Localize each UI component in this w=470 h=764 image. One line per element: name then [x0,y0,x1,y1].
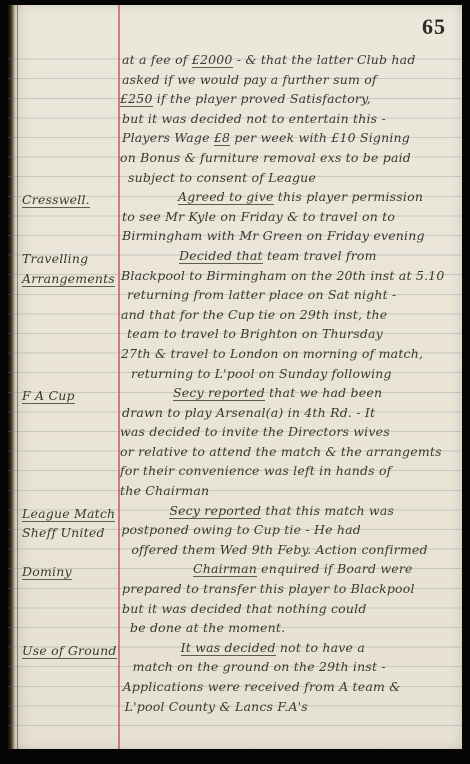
entry-body: Agreed to give this player permissionto … [118,187,462,246]
text-segment: if the player proved Satisfactory, [153,91,371,106]
minute-entry: DominyChairman enquired if Board werepre… [8,559,462,637]
underlined-text: Decided that [179,248,263,264]
margin-label: Arrangements [22,269,115,289]
handwriting-line: and that for the Cup tie on 29th inst, t… [119,305,460,325]
margin-label-text: Cresswell. [22,192,90,208]
text-segment: team to travel to Brighton on Thursday [127,326,383,341]
text-segment: Birmingham with Mr Green on Friday eveni… [122,228,425,243]
handwriting-line: subject to consent of League [118,168,460,188]
underlined-text: It was decided [181,640,276,656]
text-segment: Players Wage [122,130,214,145]
margin-label: Sheff United [22,523,115,543]
margin-label-column: Use of Ground [8,638,121,716]
underlined-text: Agreed to give [178,189,274,205]
text-segment: postponed owing to Cup tie - He had [121,522,361,537]
margin-label: F A Cup [22,386,114,406]
text-segment: the Chairman [120,483,209,498]
underlined-text: Secy reported [173,385,265,401]
handwriting-line: Chairman enquired if Board were [118,559,460,579]
text-segment: or relative to attend the match & the ar… [120,444,442,459]
text-segment: L'pool County & Lancs F.A's [125,699,308,714]
entries: at a fee of £2000 - & that the latter Cl… [8,50,462,716]
underlined-text: Chairman [193,561,257,577]
handwriting-line: at a fee of £2000 - & that the latter Cl… [118,50,460,70]
margin-label-text: F A Cup [22,388,75,404]
text-segment: per week with £10 Signing [230,130,410,145]
text-segment: offered them Wed 9th Feby. Action confir… [131,542,427,557]
minute-entry: F A CupSecy reported that we had beendra… [8,383,462,501]
handwriting-line: drawn to play Arsenal(a) in 4th Rd. - It [118,403,460,423]
handwriting-line: Secy reported that we had been [118,383,460,403]
handwriting-line: returning from latter place on Sat night… [119,285,460,305]
text-segment: not to have a [276,640,365,655]
margin-label-column: TravellingArrangements [8,246,119,383]
handwriting-line: match on the ground on the 29th inst - [121,657,460,677]
handwriting-line: postponed owing to Cup tie - He had [119,520,460,540]
handwriting-line: prepared to transfer this player to Blac… [118,579,460,599]
underlined-text: £8 [214,130,230,146]
minute-entry: Cresswell.Agreed to give this player per… [8,187,462,246]
entry-body: Chairman enquired if Board wereprepared … [118,559,462,637]
margin-label-text: Travelling [22,251,88,266]
handwriting-line: on Bonus & furniture removal exs to be p… [118,148,460,168]
underlined-text: £250 [120,91,153,107]
minute-entry: at a fee of £2000 - & that the latter Cl… [8,50,462,187]
text-segment: and that for the Cup tie on 29th inst, t… [121,307,387,322]
text-segment: 27th & travel to London on morning of ma… [121,346,423,361]
text-segment: be done at the moment. [130,620,285,635]
handwriting-line: returning to L'pool on Sunday following [119,364,460,384]
text-segment: at a fee of [122,52,192,67]
text-segment: that this match was [261,503,394,518]
margin-label: Dominy [22,562,114,582]
handwriting-line: Secy reported that this match was [119,501,460,521]
document-page: 65 at a fee of £2000 - & that the latter… [8,5,462,749]
text-segment: but it was decided not to entertain this… [122,111,386,126]
margin-label-column: Dominy [8,559,118,637]
text-segment: Applications were received from A team & [123,679,401,694]
margin-label-text: Use of Ground [22,643,117,659]
handwriting-line: Birmingham with Mr Green on Friday eveni… [118,226,460,246]
handwriting-line: Players Wage £8 per week with £10 Signin… [118,128,460,148]
handwriting-line: but it was decided not to entertain this… [118,109,460,129]
text-segment: - & that the latter Club had [233,52,416,67]
text-segment: that we had been [265,385,382,400]
handwriting-line: be done at the moment. [118,618,460,638]
entry-body: Secy reported that this match waspostpon… [119,501,462,560]
margin-label-column: League MatchSheff United [8,501,119,560]
handwriting-line: to see Mr Kyle on Friday & to travel on … [118,207,460,227]
handwriting-line: Applications were received from A team & [121,677,460,697]
minute-entry: TravellingArrangementsDecided that team … [8,246,462,383]
text-segment: subject to consent of League [128,170,316,185]
underlined-text: Secy reported [169,503,261,519]
minute-entry: League MatchSheff UnitedSecy reported th… [8,501,462,560]
text-segment: match on the ground on the 29th inst - [133,659,386,674]
handwriting-line: or relative to attend the match & the ar… [118,442,460,462]
margin-label-text: Sheff United [22,525,105,540]
text-segment: enquired if Board were [257,561,413,576]
handwriting-line: It was decided not to have a [121,638,460,658]
text-segment: returning from latter place on Sat night… [127,287,396,302]
handwriting-line: offered them Wed 9th Feby. Action confir… [119,540,460,560]
page-number: 65 [422,14,446,40]
text-segment: drawn to play Arsenal(a) in 4th Rd. - It [122,405,375,420]
handwriting-line: for their convenience was left in hands … [118,461,460,481]
text-segment: team travel from [263,248,377,263]
entry-body: at a fee of £2000 - & that the latter Cl… [118,50,462,187]
margin-label: Travelling [22,249,115,269]
handwriting-line: team to travel to Brighton on Thursday [119,324,460,344]
margin-label-text: League Match [22,506,115,522]
handwriting-line: the Chairman [118,481,460,501]
text-segment: prepared to transfer this player to Blac… [122,581,415,596]
handwriting-line: L'pool County & Lancs F.A's [121,697,460,717]
text-segment: on Bonus & furniture removal exs to be p… [120,150,411,165]
margin-label-column: Cresswell. [8,187,118,246]
margin-label-column: F A Cup [8,383,118,501]
margin-label: Cresswell. [22,190,114,210]
entry-body: It was decided not to have amatch on the… [121,638,462,716]
handwriting-line: but it was decided that nothing could [118,599,460,619]
text-segment: Blackpool to Birmingham on the 20th inst… [121,268,444,283]
text-segment: was decided to invite the Directors wive… [120,424,390,439]
text-segment: for their convenience was left in hands … [120,463,392,478]
text-segment: to see Mr Kyle on Friday & to travel on … [122,209,395,224]
handwriting-line: Blackpool to Birmingham on the 20th inst… [119,266,460,286]
underlined-text: £2000 [192,52,233,68]
margin-label-text: Dominy [22,564,72,580]
margin-label-column [8,50,118,187]
entry-body: Secy reported that we had beendrawn to p… [118,383,462,501]
handwriting-line: Agreed to give this player permission [118,187,460,207]
text-segment: this player permission [274,189,424,204]
margin-label: League Match [22,504,115,524]
entry-body: Decided that team travel fromBlackpool t… [119,246,462,383]
handwriting-line: asked if we would pay a further sum of [118,70,460,90]
text-segment: but it was decided that nothing could [122,601,367,616]
handwriting-line: was decided to invite the Directors wive… [118,422,460,442]
minute-book-photo: { "page": { "number": "65", "ink_color":… [0,0,470,764]
handwriting-line: £250 if the player proved Satisfactory, [118,89,460,109]
handwriting-line: Decided that team travel from [119,246,460,266]
margin-label: Use of Ground [22,641,117,661]
text-segment: returning to L'pool on Sunday following [131,366,392,381]
handwriting-line: 27th & travel to London on morning of ma… [119,344,460,364]
minute-entry: Use of GroundIt was decided not to have … [8,638,462,716]
margin-label-text: Arrangements [22,271,115,287]
text-segment: asked if we would pay a further sum of [122,72,377,87]
